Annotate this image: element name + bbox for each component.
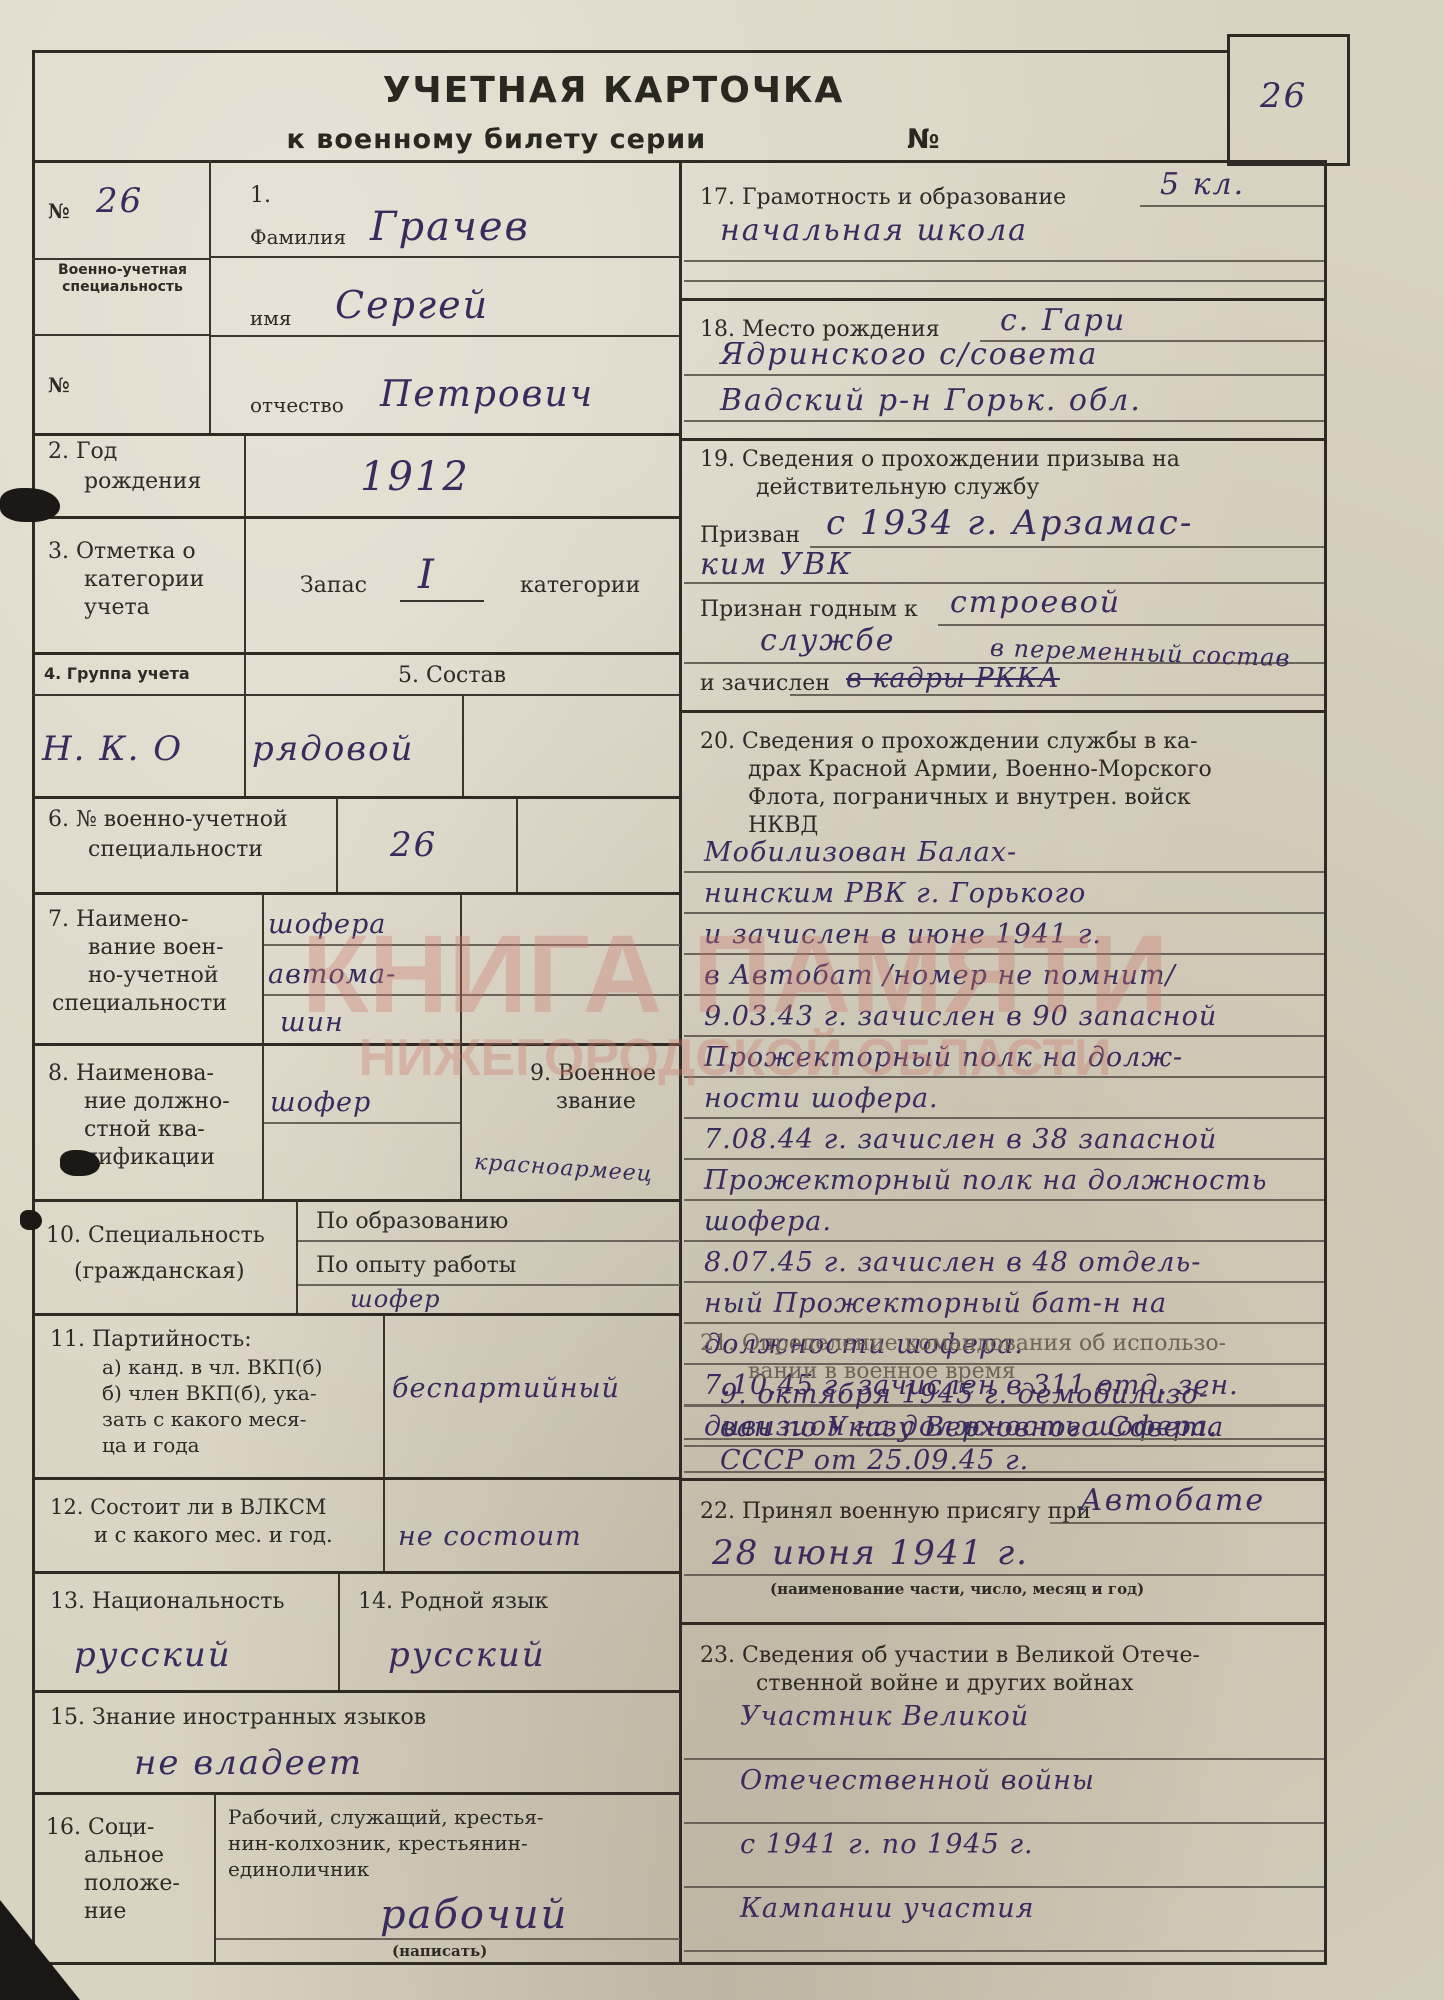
education-label: 17. Грамотность и образование — [700, 184, 1066, 211]
card-number-box: 26 — [1227, 34, 1350, 166]
card-title: УЧЕТНАЯ КАРТОЧКА — [0, 70, 1227, 111]
number-label: № — [48, 198, 70, 225]
vus-name-label-1: 7. Наимено- — [48, 906, 188, 933]
called-value-1: с 1934 г. Арзамас- — [826, 506, 1193, 540]
category-label-2: категории — [84, 566, 204, 593]
fit-value-1: строевой — [950, 586, 1121, 620]
social-status-value: рабочий — [380, 1896, 568, 1934]
social-status-hint: (написать) — [392, 1942, 487, 1960]
ink-blot — [0, 488, 60, 522]
card-subtitle: к военному билету серии № — [0, 124, 1227, 155]
accounting-group-value: Н. К. О — [42, 730, 183, 768]
service-label-2: драх Красной Армии, Военно-Морского — [748, 756, 1212, 783]
ruled-line — [684, 1076, 1324, 1078]
called-label: Призван — [700, 522, 800, 549]
birthplace-value-1: с. Гари — [1000, 304, 1126, 338]
ink-blot — [20, 1210, 42, 1230]
war-participation-line: Отечественной войны — [740, 1764, 1095, 1798]
social-status-label-2: альное — [84, 1842, 164, 1869]
war-participation-label-2: ственной войне и других войнах — [756, 1670, 1133, 1697]
foreign-languages-label: 15. Знание иностранных языков — [50, 1704, 426, 1731]
ruled-line — [684, 1117, 1324, 1119]
composition-value: рядовой — [252, 730, 414, 768]
rank-label-1: 9. Военное — [530, 1060, 656, 1087]
native-language-label: 14. Родной язык — [358, 1588, 548, 1615]
card-subtitle-text: к военному билету серии — [287, 124, 707, 155]
ruled-line — [684, 1322, 1324, 1324]
vus-number-label-2: специальности — [88, 836, 263, 863]
fit-value-2: службе — [760, 624, 895, 658]
party-label-4: зать с какого меся- — [102, 1406, 307, 1433]
vus-name-label-3: но-учетной — [88, 962, 219, 989]
category-label-1: 3. Отметка о — [48, 538, 196, 565]
service-line: 7.08.44 г. зачислен в 38 запасной — [704, 1123, 1217, 1157]
party-label-2: а) канд. в чл. ВКП(б) — [102, 1354, 322, 1381]
surname-label: Фамилия — [250, 224, 346, 251]
komsomol-value: не состоит — [398, 1520, 582, 1554]
service-line: ный Прожекторный бат-н на — [704, 1287, 1167, 1321]
command-decision-line: ван по Указу Верховного Совета — [720, 1411, 1224, 1445]
service-line: 8.07.45 г. зачислен в 48 отдель- — [704, 1246, 1201, 1280]
called-value-2: ким УВК — [700, 548, 853, 582]
birthplace-value-2: Ядринского с/совета — [720, 338, 1098, 372]
party-label-1: 11. Партийность: — [50, 1326, 252, 1353]
service-label-1: 20. Сведения о прохождении службы в ка- — [700, 728, 1198, 755]
reserve-label: Запас — [300, 572, 367, 599]
ruled-line — [684, 912, 1324, 914]
party-value: беспартийный — [392, 1372, 620, 1406]
birthplace-value-3: Вадский р-н Горьк. обл. — [720, 384, 1142, 418]
oath-hint: (наименование части, число, месяц и год) — [770, 1580, 1144, 1598]
command-decision-line: 9. октября 1945 г. демобилизо- — [720, 1378, 1209, 1412]
rank-label-2: звание — [556, 1088, 636, 1115]
by-education-label: По образованию — [316, 1208, 508, 1235]
category-suffix-label: категории — [520, 572, 640, 599]
service-line: Прожекторный полк на должность — [704, 1164, 1268, 1198]
by-experience-label: По опыту работы — [316, 1252, 516, 1279]
vus-number-label-1: 6. № военно-учетной — [48, 806, 288, 833]
enlisted-value-struck: в кадры РККА — [846, 662, 1060, 696]
oath-unit-value: Автобате — [1080, 1484, 1265, 1518]
command-decision-line: СССР от 25.09.45 г. — [720, 1444, 1029, 1478]
service-line: Прожекторный полк на долж- — [704, 1041, 1183, 1075]
education-value-1: 5 кл. — [1160, 168, 1245, 202]
ruled-line — [684, 1158, 1324, 1160]
social-status-label-4: ние — [84, 1898, 126, 1925]
service-line: нинским РВК г. Горького — [704, 877, 1086, 911]
torn-corner — [0, 1900, 80, 2000]
name-value: Сергей — [335, 286, 489, 324]
education-value-2: начальная школа — [720, 214, 1028, 248]
oath-date-value: 28 июня 1941 г. — [712, 1534, 1029, 1572]
by-experience-value: шофер — [350, 1282, 441, 1316]
vus-name-label-4: специальности — [52, 990, 227, 1017]
ruled-line — [684, 1950, 1324, 1952]
conscription-label-2: действительную службу — [756, 474, 1039, 501]
nationality-value: русский — [74, 1636, 232, 1674]
native-language-value: русский — [388, 1636, 546, 1674]
foreign-languages-value: не владеет — [134, 1744, 363, 1782]
ticket-number-sign: № — [907, 124, 940, 155]
position-label-4: лификации — [84, 1144, 215, 1171]
ruled-line — [684, 1886, 1324, 1888]
birth-year-label-2: рождения — [84, 468, 201, 495]
vus-number-label: № — [48, 372, 70, 399]
position-label-2: ние должно- — [84, 1088, 230, 1115]
service-line: и зачислен в июне 1941 г. — [704, 918, 1102, 952]
service-line: Мобилизован Балах- — [704, 836, 1017, 870]
position-label-3: стной ква- — [84, 1116, 205, 1143]
service-line: ности шофера. — [704, 1082, 939, 1116]
card-number-value: 26 — [1260, 77, 1307, 115]
war-participation-line: Кампании участия — [740, 1892, 1035, 1926]
ruled-line — [684, 1035, 1324, 1037]
fit-label: Признан годным к — [700, 596, 918, 623]
social-status-label-3: положе- — [84, 1870, 180, 1897]
ruled-line — [684, 1199, 1324, 1201]
patronymic-value: Петрович — [380, 376, 594, 414]
social-status-options-3: единоличник — [228, 1856, 369, 1883]
ruled-line — [684, 953, 1324, 955]
ruled-line — [684, 1240, 1324, 1242]
vus-name-value-1: шофера — [268, 908, 386, 942]
birth-year-value: 1912 — [360, 458, 470, 496]
patronymic-label: отчество — [250, 392, 344, 419]
social-status-options-1: Рабочий, служащий, крестья- — [228, 1804, 544, 1831]
section-1-number: 1. — [250, 182, 271, 209]
name-label: имя — [250, 305, 292, 332]
enlisted-label: и зачислен — [700, 670, 830, 697]
komsomol-label-2: и с какого мес. и год. — [94, 1522, 333, 1549]
number-value: 26 — [96, 182, 143, 220]
position-value: шофер — [270, 1086, 371, 1120]
nationality-label: 13. Национальность — [50, 1588, 284, 1615]
vus-name-label-2: вание воен- — [88, 934, 224, 961]
ink-blot — [60, 1150, 100, 1176]
war-participation-label-1: 23. Сведения об участии в Великой Отече- — [700, 1642, 1200, 1669]
vus-name-value-2: автома- — [268, 958, 396, 992]
social-status-label-1: 16. Соци- — [46, 1814, 154, 1841]
vus-name-value-3: шин — [280, 1006, 344, 1040]
ruled-line — [684, 1758, 1324, 1760]
conscription-label-1: 19. Сведения о прохождении призыва на — [700, 446, 1180, 473]
ruled-line — [684, 1281, 1324, 1283]
birth-year-label-1: 2. Год — [48, 438, 117, 465]
composition-label: 5. Состав — [398, 662, 506, 689]
ruled-line — [684, 871, 1324, 873]
service-label-3: Флота, пограничных и внутрен. войск — [748, 784, 1191, 811]
category-label-3: учета — [84, 594, 150, 621]
oath-label: 22. Принял военную присягу при — [700, 1498, 1091, 1525]
reserve-category-value: I — [418, 556, 436, 594]
party-label-3: б) член ВКП(б), ука- — [102, 1380, 317, 1407]
party-label-5: ца и года — [102, 1432, 200, 1459]
civil-specialty-label-2: (гражданская) — [74, 1258, 245, 1285]
war-participation-line: с 1941 г. по 1945 г. — [740, 1828, 1034, 1862]
command-decision-label-1: 21. Определение командования об использо… — [700, 1330, 1226, 1357]
position-label-1: 8. Наименова- — [48, 1060, 214, 1087]
war-participation-line: Участник Великой — [740, 1700, 1029, 1734]
service-label-4: НКВД — [748, 812, 818, 839]
accounting-group-label: 4. Группа учета — [44, 664, 190, 684]
service-line: 9.03.43 г. зачислен в 90 запасной — [704, 1000, 1217, 1034]
vus-number-value: 26 — [390, 826, 437, 864]
rank-value: красноармеец — [473, 1146, 654, 1192]
vus-label: Военно-учетная специальность — [40, 262, 205, 296]
social-status-options-2: нин-колхозник, крестьянин- — [228, 1830, 528, 1857]
komsomol-label-1: 12. Состоит ли в ВЛКСМ — [50, 1494, 326, 1521]
service-line: шофера. — [704, 1205, 832, 1239]
ruled-line — [684, 994, 1324, 996]
ruled-line — [684, 1822, 1324, 1824]
service-line: в Автобат /номер не помнит/ — [704, 959, 1176, 993]
civil-specialty-label-1: 10. Специальность — [46, 1222, 265, 1249]
surname-value: Грачев — [370, 208, 530, 246]
